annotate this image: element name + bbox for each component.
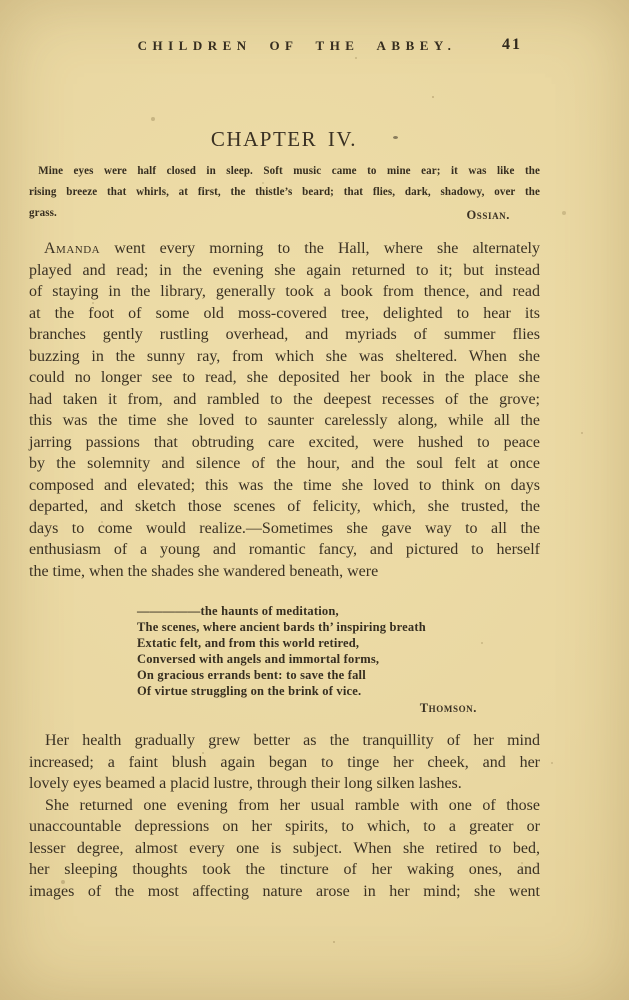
text-line: enthusiasm of a young and romantic fancy… <box>29 539 540 561</box>
lead-word: Amanda <box>44 240 100 257</box>
paper-speckles <box>0 0 2 2</box>
text-line: had taken it from, and rambled to the de… <box>29 389 540 411</box>
text-line: rising breeze that whirls, at first, the… <box>29 181 540 202</box>
text-line: her sleeping thoughts took the tincture … <box>29 859 540 881</box>
book-page-scan: CHILDREN OF THE ABBEY. 41 CHAPTER IV. Mi… <box>0 0 629 1000</box>
text-line: images of the most affecting nature aros… <box>29 881 540 903</box>
text-line: Conversed with angels and immortal forms… <box>137 651 537 667</box>
text-line: could no longer see to read, she deposit… <box>29 367 540 389</box>
text-line: days to come would realize.—Sometimes sh… <box>29 518 540 540</box>
text-line: On gracious errands bent: to save the fa… <box>137 667 537 683</box>
text-line: She returned one evening from her usual … <box>29 795 540 817</box>
verse-attribution: Thomson. <box>28 700 477 716</box>
text-line: by the solemnity and silence of the hour… <box>29 453 540 475</box>
paragraph-2: Her health gradually grew better as the … <box>29 730 540 795</box>
text-line: composed and elevated; this was the time… <box>29 475 540 497</box>
text-line: Mine eyes were half closed in sleep. Sof… <box>29 160 540 181</box>
text-line: —————the haunts of meditation, <box>137 603 537 619</box>
text-line: departed, and sketch those scenes of fel… <box>29 496 540 518</box>
paragraph-3: She returned one evening from her usual … <box>29 795 540 903</box>
epigraph-attribution: Ossian. <box>28 207 510 223</box>
verse-quote: —————the haunts of meditation,The scenes… <box>137 603 537 699</box>
text-line: increased; a faint blush again began to … <box>29 752 540 774</box>
paragraph-1: Amanda went every morning to the Hall, w… <box>29 238 540 582</box>
text-line: Extatic felt, and from this world retire… <box>137 635 537 651</box>
text-line: unaccountable depressions on her spirits… <box>29 816 540 838</box>
text-line: Amanda went every morning to the Hall, w… <box>29 238 540 260</box>
text-line: jarring passions that obtruding care exc… <box>29 432 540 454</box>
text-line: the time, when the shades she wandered b… <box>29 561 540 583</box>
text-line: of staying in the library, generally too… <box>29 281 540 303</box>
text-line: at the foot of some old moss-covered tre… <box>29 303 540 325</box>
text-line: buzzing in the sunny ray, from which she… <box>29 346 540 368</box>
page-number: 41 <box>502 36 522 54</box>
text-line: Her health gradually grew better as the … <box>29 730 540 752</box>
paragraph-1-lines: played and read; in the evening she agai… <box>29 260 540 583</box>
text-line: The scenes, where ancient bards th’ insp… <box>137 619 537 635</box>
text-line: Of virtue struggling on the brink of vic… <box>137 683 537 699</box>
running-head-title: CHILDREN OF THE ABBEY. <box>41 38 553 54</box>
text-line: this was the time she loved to saunter c… <box>29 410 540 432</box>
text-line: played and read; in the evening she agai… <box>29 260 540 282</box>
lead-rest: went every morning to the Hall, where sh… <box>100 240 540 257</box>
print-speck-artifact <box>393 136 398 139</box>
text-line: lovely eyes beamed a placid lustre, thro… <box>29 773 540 795</box>
text-line: lesser degree, almost every one is subje… <box>29 838 540 860</box>
chapter-heading: CHAPTER IV. <box>28 127 540 151</box>
text-line: branches gently rustling overhead, and m… <box>29 324 540 346</box>
